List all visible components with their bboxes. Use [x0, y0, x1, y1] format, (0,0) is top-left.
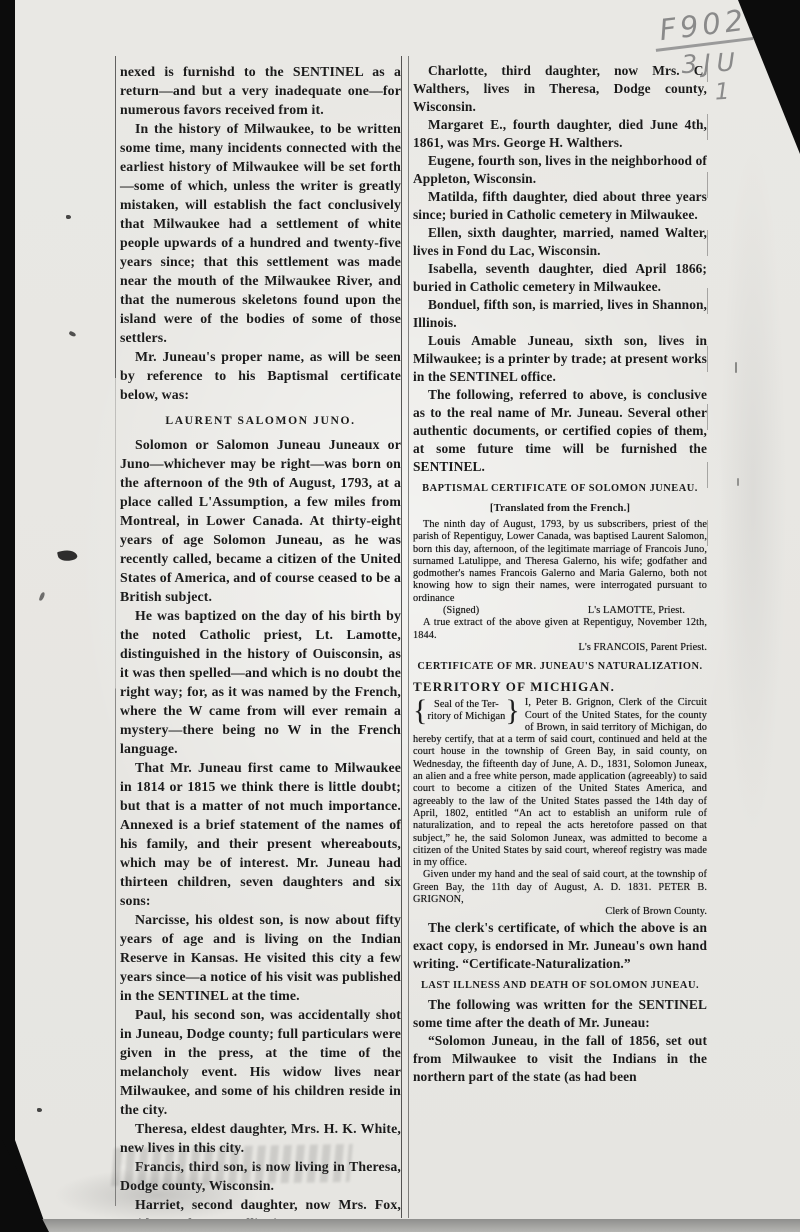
signature-label: (Signed) [443, 605, 479, 617]
paragraph: Given under my hand and the seal of said… [413, 869, 707, 906]
scan-bottom-edge [0, 1219, 800, 1232]
right-column: Charlotte, third daughter, now Mrs. C. W… [413, 62, 707, 1086]
ink-speck [66, 215, 71, 219]
paragraph: “Solomon Juneau, in the fall of 1856, se… [413, 1032, 707, 1086]
pencil-number: 1 [714, 77, 755, 105]
paragraph: A true extract of the above given at Rep… [413, 617, 707, 642]
pencil-code: F902 [651, 2, 753, 52]
column-rule-right [707, 56, 708, 576]
paragraph: That Mr. Juneau first came to Milwaukee … [120, 758, 401, 910]
column-rule-left [115, 56, 116, 1206]
paragraph: Clerk of Brown County. [413, 906, 707, 918]
section-heading: TERRITORY OF MICHIGAN. [413, 678, 707, 696]
seal-of-territory: {Seal of the Ter-ritory of Michigan} [413, 698, 520, 724]
section-heading: CERTIFICATE OF MR. JUNEAU'S NATURALIZATI… [413, 658, 707, 676]
signature-name: L's LAMOTTE, Priest. [588, 605, 685, 617]
column-rule-middle [401, 56, 402, 1218]
paragraph: The following, referred to above, is con… [413, 386, 707, 476]
paragraph: [Translated from the French.] [413, 499, 707, 517]
pencil-code-2: 3JU [681, 46, 754, 79]
paragraph: Mr. Juneau's proper name, as will be see… [120, 347, 401, 404]
paragraph: Margaret E., fourth daughter, died June … [413, 116, 707, 152]
signature-line: (Signed)L's LAMOTTE, Priest. [413, 605, 707, 617]
margin-mark [737, 478, 739, 486]
faint-stamp-mark [111, 1144, 353, 1186]
margin-mark [735, 362, 737, 373]
paragraph: Paul, his second son, was accidentally s… [120, 1005, 401, 1119]
paragraph: The clerk's certificate, of which the ab… [413, 919, 707, 973]
scan-backdrop: { "annotations": { "line1": "F902", "lin… [0, 0, 800, 1232]
newspaper-page: nexed is furnishd to the SENTINEL as a r… [15, 0, 800, 1232]
left-brace: { [413, 698, 428, 724]
paragraph: He was baptized on the day of his birth … [120, 606, 401, 758]
paragraph: The following was written for the SENTIN… [413, 996, 707, 1032]
left-column: nexed is furnishd to the SENTINEL as a r… [120, 62, 401, 1232]
paragraph: Louis Amable Juneau, sixth son, lives in… [413, 332, 707, 386]
paragraph: Matilda, fifth daughter, died about thre… [413, 188, 707, 224]
paragraph: Isabella, seventh daughter, died April 1… [413, 260, 707, 296]
paragraph: L's FRANCOIS, Parent Priest. [413, 642, 707, 654]
paragraph: The ninth day of August, 1793, by us sub… [413, 519, 707, 605]
right-brace: } [505, 698, 520, 724]
paragraph: nexed is furnishd to the SENTINEL as a r… [120, 62, 401, 119]
paragraph: In the history of Milwaukee, to be writt… [120, 119, 401, 347]
paragraph: Ellen, sixth daughter, married, named Wa… [413, 224, 707, 260]
section-heading: LAST ILLNESS AND DEATH OF SOLOMON JUNEAU… [413, 977, 707, 995]
seal-label-line: Seal of the Ter- [428, 699, 506, 711]
ink-speck [37, 1108, 42, 1112]
section-heading: LAURENT SALOMON JUNO. [120, 411, 401, 430]
seal-label-line: ritory of Michigan [428, 711, 506, 723]
paragraph: Eugene, fourth son, lives in the neighbo… [413, 152, 707, 188]
seal-label: Seal of the Ter-ritory of Michigan [428, 699, 506, 723]
seal-paragraph: {Seal of the Ter-ritory of Michigan}I, P… [413, 697, 707, 869]
paragraph: Bonduel, fifth son, is married, lives in… [413, 296, 707, 332]
paragraph: Narcisse, his oldest son, is now about f… [120, 910, 401, 1005]
section-heading: BAPTISMAL CERTIFICATE OF SOLOMON JUNEAU. [413, 480, 707, 498]
column-rule-middle-double [408, 56, 409, 1218]
pencil-annotation: F902 3JU 1 [653, 6, 756, 109]
paragraph: Solomon or Salomon Juneau Juneaux or Jun… [120, 435, 401, 606]
